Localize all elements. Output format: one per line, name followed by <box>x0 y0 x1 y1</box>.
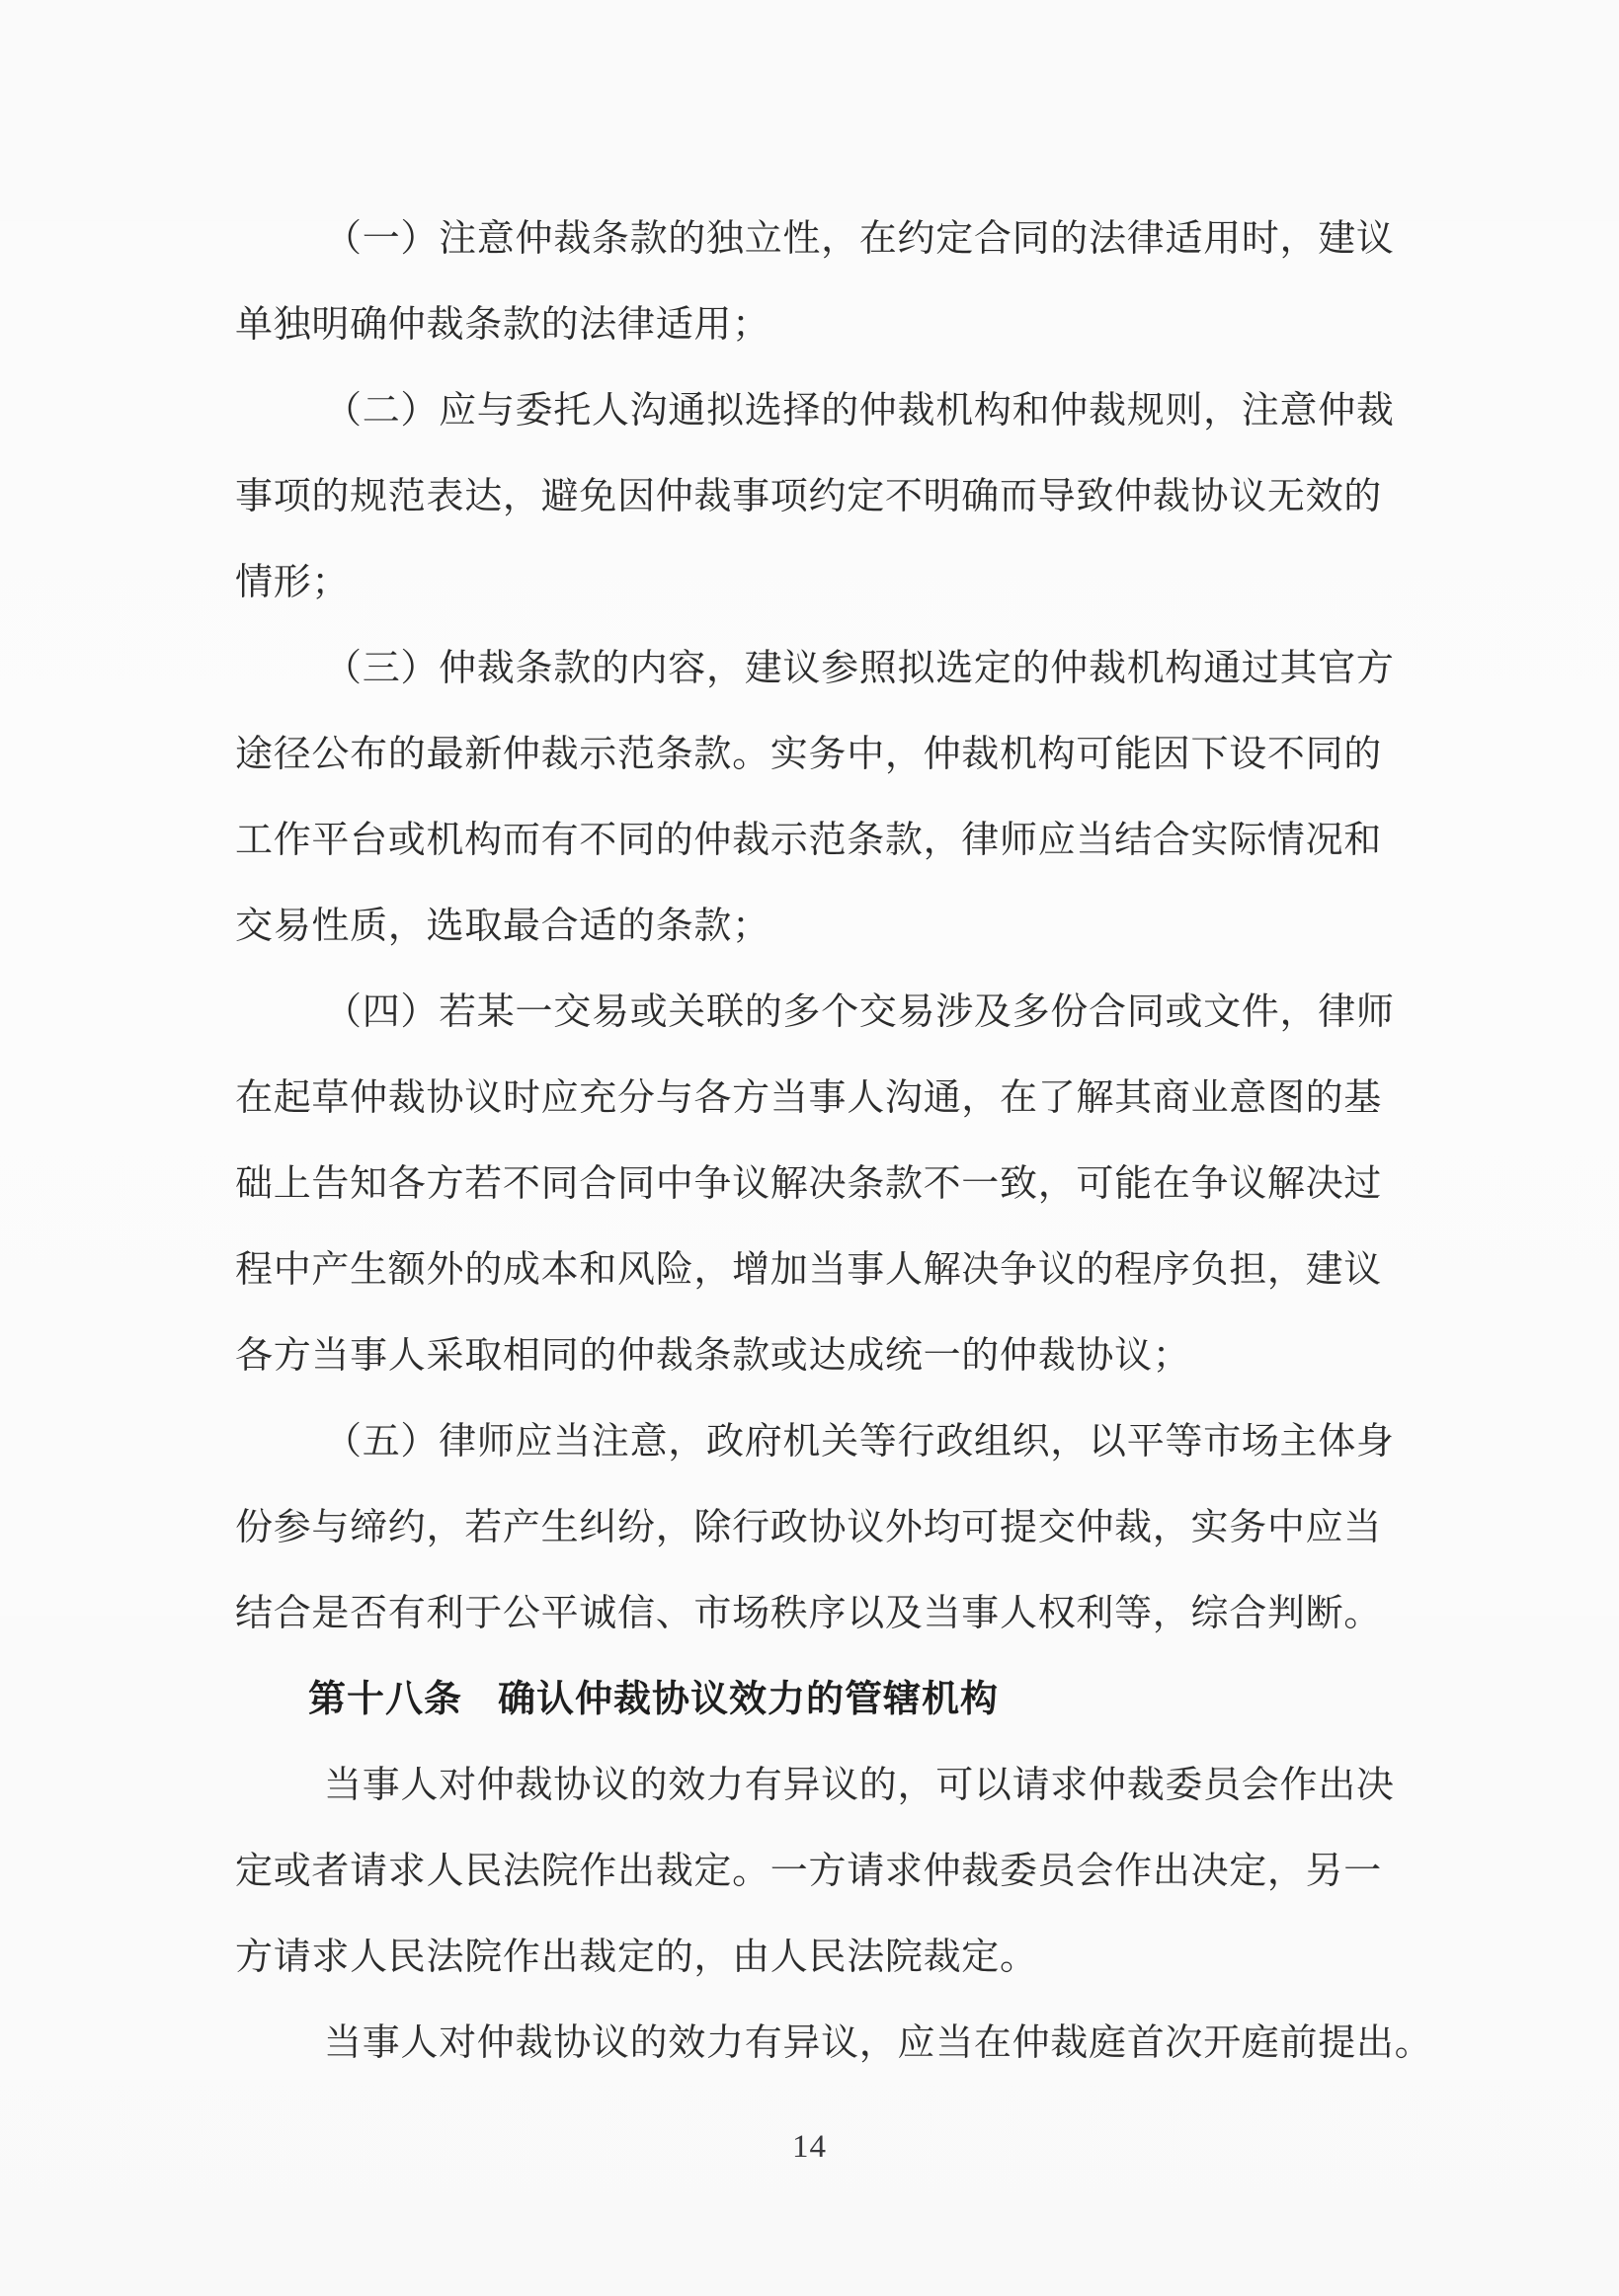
paragraph-line: 础上告知各方若不同合同中争议解决条款不一致，可能在争议解决过 <box>235 1142 1385 1227</box>
paragraph-line: 单独明确仲裁条款的法律适用； <box>235 282 1385 368</box>
paragraph-line: 份参与缔约，若产生纠纷，除行政协议外均可提交仲裁，实务中应当 <box>235 1485 1385 1571</box>
paragraph-line: （一）注意仲裁条款的独立性，在约定合同的法律适用时，建议 <box>235 197 1385 282</box>
paragraph-line: 在起草仲裁协议时应充分与各方当事人沟通，在了解其商业意图的基 <box>235 1056 1385 1142</box>
paragraph-line: 结合是否有利于公平诚信、市场秩序以及当事人权利等，综合判断。 <box>235 1571 1385 1657</box>
article-title: 确认仲裁协议效力的管辖机构 <box>498 1679 999 1720</box>
paragraph-line: （五）律师应当注意，政府机关等行政组织，以平等市场主体身 <box>235 1399 1385 1485</box>
paragraph-line: （二）应与委托人沟通拟选择的仲裁机构和仲裁规则，注意仲裁 <box>235 368 1385 454</box>
paragraph-line: 当事人对仲裁协议的效力有异议的，可以请求仲裁委员会作出决 <box>235 1743 1385 1829</box>
paragraph-line: 途径公布的最新仲裁示范条款。实务中，仲裁机构可能因下设不同的 <box>235 712 1385 798</box>
document-body: （一）注意仲裁条款的独立性，在约定合同的法律适用时，建议 单独明确仲裁条款的法律… <box>235 197 1385 2087</box>
paragraph-line: （三）仲裁条款的内容，建议参照拟选定的仲裁机构通过其官方 <box>235 626 1385 712</box>
paragraph-line: 定或者请求人民法院作出裁定。一方请求仲裁委员会作出决定，另一 <box>235 1829 1385 1915</box>
paragraph-line: 各方当事人采取相同的仲裁条款或达成统一的仲裁协议； <box>235 1313 1385 1399</box>
document-page: （一）注意仲裁条款的独立性，在约定合同的法律适用时，建议 单独明确仲裁条款的法律… <box>0 0 1619 2296</box>
paragraph-line: 交易性质，选取最合适的条款； <box>235 884 1385 970</box>
page-number: 14 <box>0 2117 1619 2177</box>
paragraph-line: （四）若某一交易或关联的多个交易涉及多份合同或文件，律师 <box>235 970 1385 1056</box>
paragraph-line: 方请求人民法院作出裁定的，由人民法院裁定。 <box>235 1915 1385 2001</box>
paragraph-line: 工作平台或机构而有不同的仲裁示范条款，律师应当结合实际情况和 <box>235 798 1385 884</box>
article-heading: 第十八条确认仲裁协议效力的管辖机构 <box>235 1657 1385 1743</box>
paragraph-line: 当事人对仲裁协议的效力有异议，应当在仲裁庭首次开庭前提出。 <box>235 2001 1385 2087</box>
article-number: 第十八条 <box>308 1679 462 1720</box>
paragraph-line: 事项的规范表达，避免因仲裁事项约定不明确而导致仲裁协议无效的 <box>235 454 1385 540</box>
paragraph-line: 情形； <box>235 540 1385 626</box>
paragraph-line: 程中产生额外的成本和风险，增加当事人解决争议的程序负担，建议 <box>235 1227 1385 1313</box>
